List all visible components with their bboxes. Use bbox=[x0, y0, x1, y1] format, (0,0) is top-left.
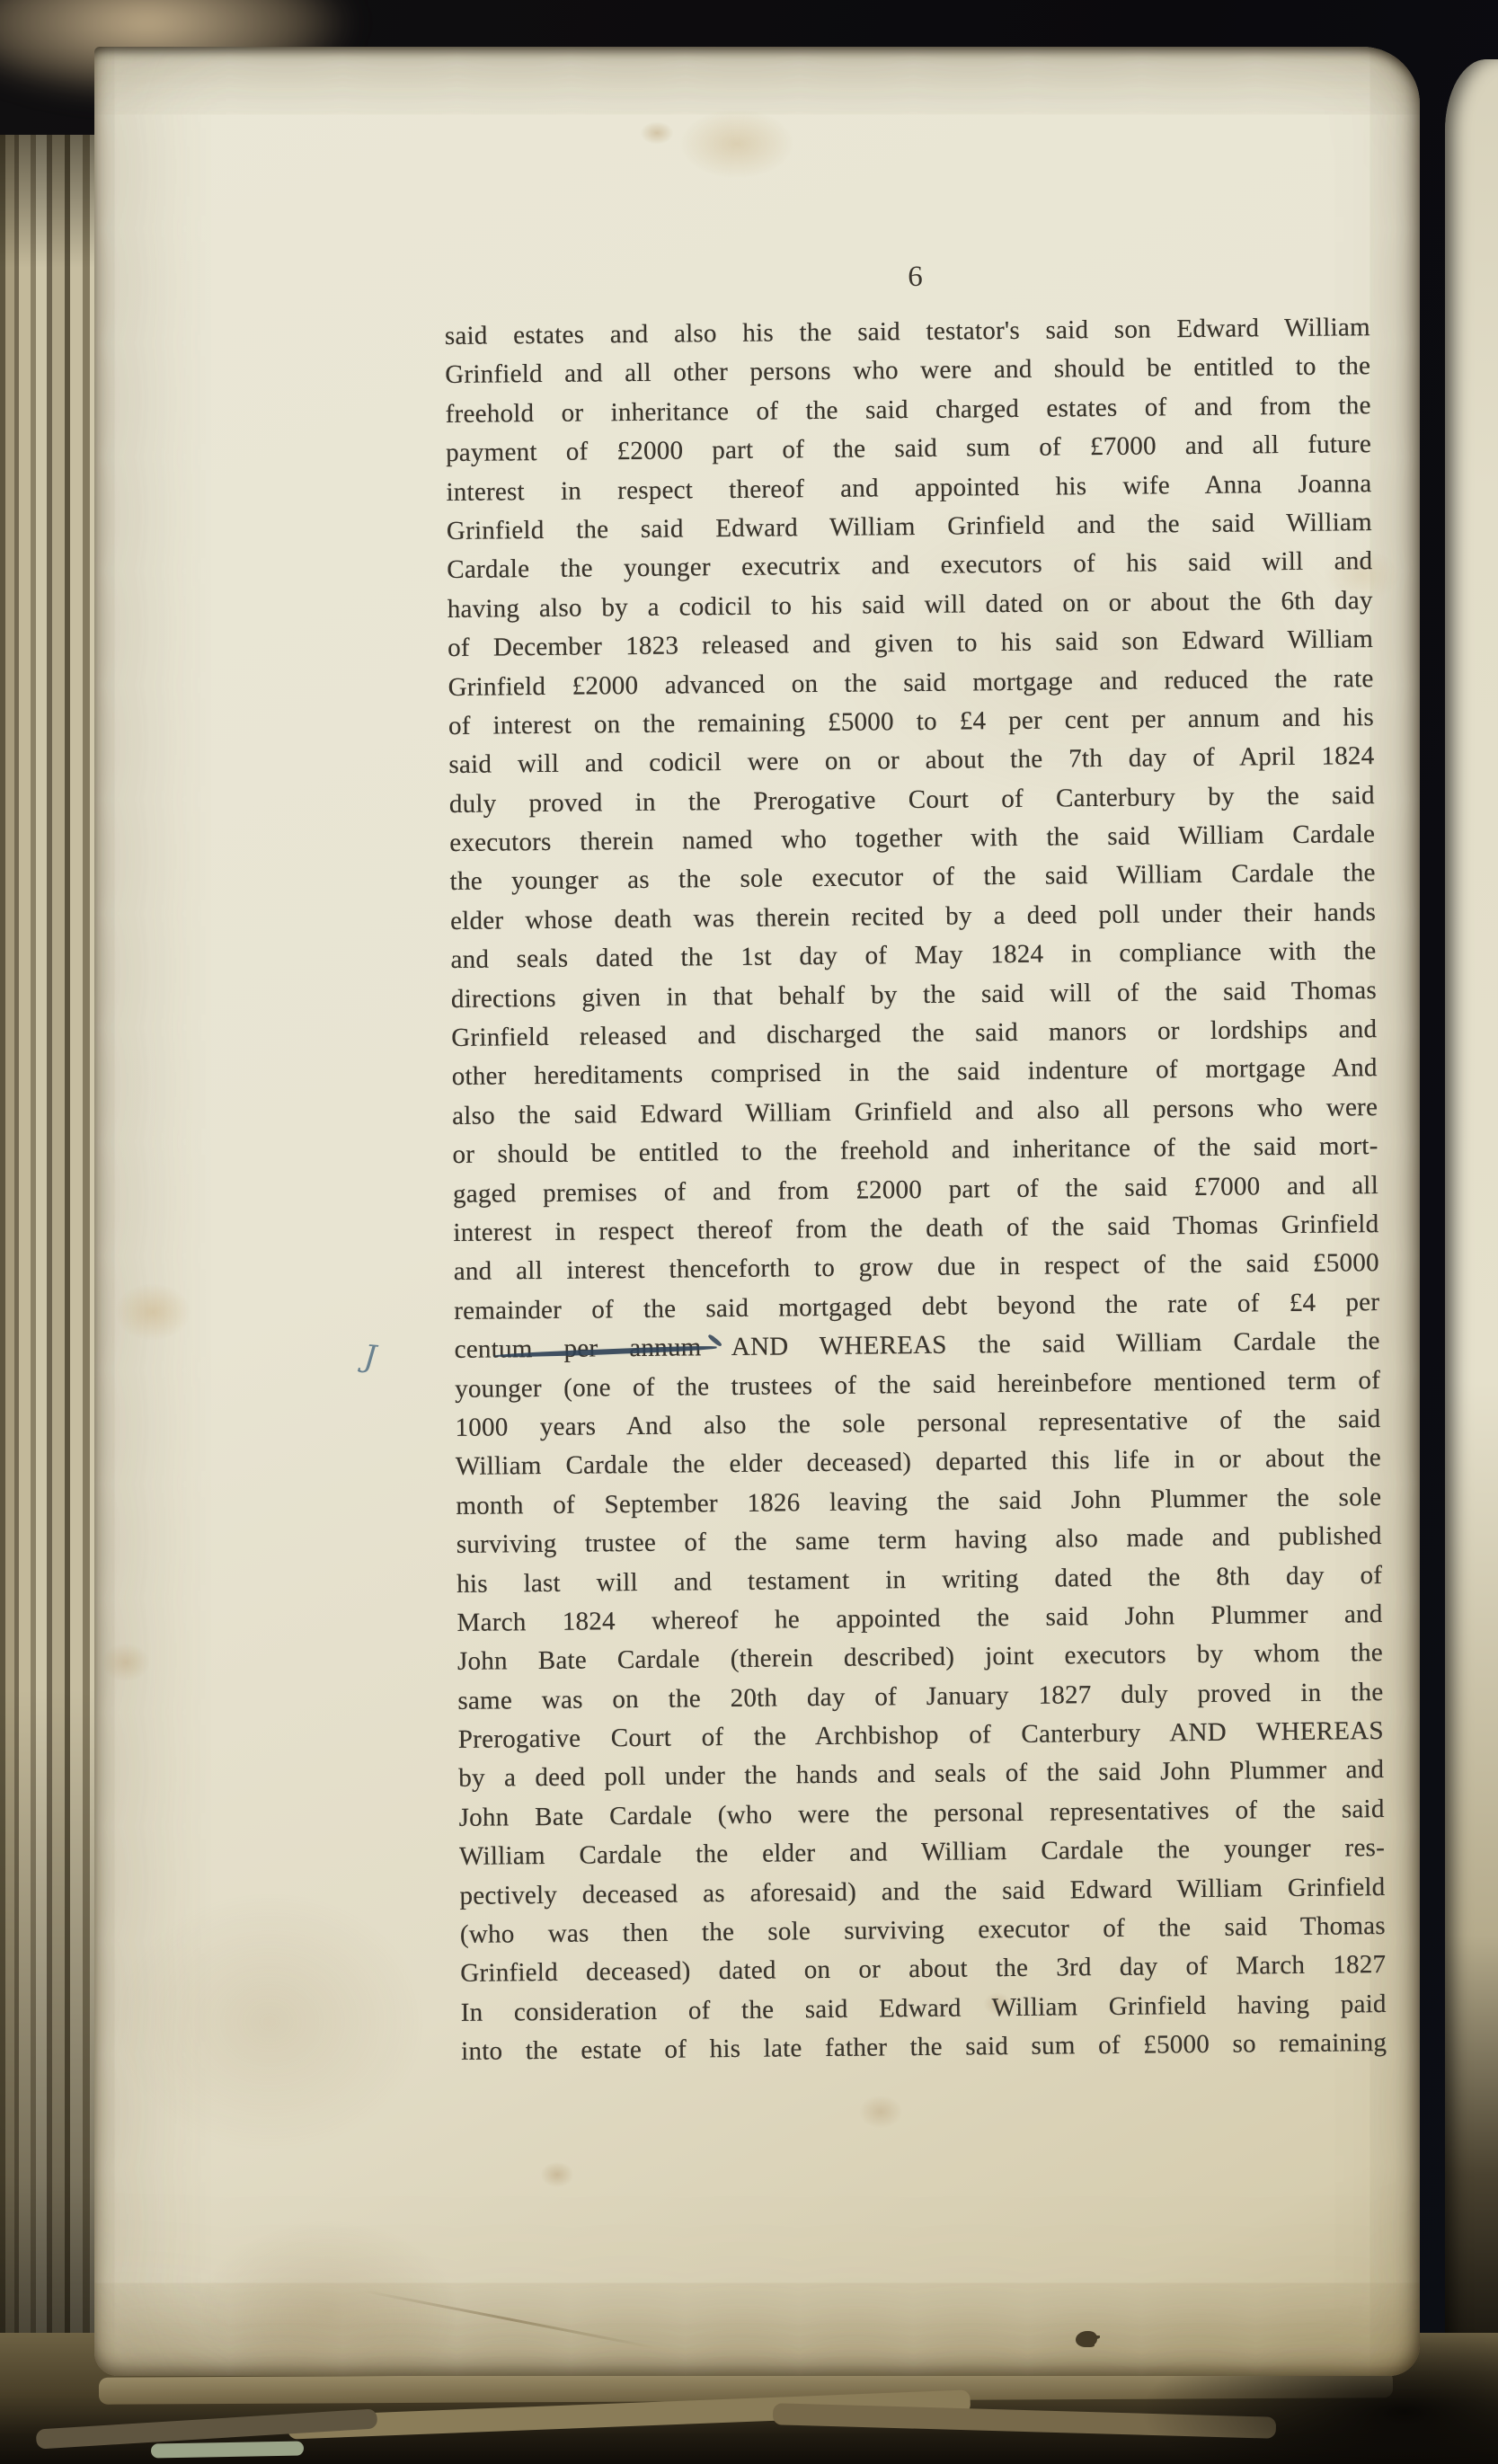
adjacent-page-edge bbox=[1445, 59, 1498, 2464]
margin-annotation: J bbox=[362, 1338, 377, 1375]
page-number: 6 bbox=[453, 261, 1378, 294]
pen-strikethrough: um per annum bbox=[499, 1333, 702, 1363]
text-line: into the estate of his late father the s… bbox=[461, 2024, 1387, 2071]
text-block: said estates and also his the said testa… bbox=[445, 308, 1387, 2071]
page-edge-strip bbox=[151, 2442, 304, 2459]
page: 6 said estates and also his the said tes… bbox=[94, 47, 1420, 2376]
book-photo: 6 said estates and also his the said tes… bbox=[0, 0, 1498, 2464]
page-crease bbox=[364, 2290, 656, 2349]
ink-blot bbox=[1076, 2331, 1097, 2347]
